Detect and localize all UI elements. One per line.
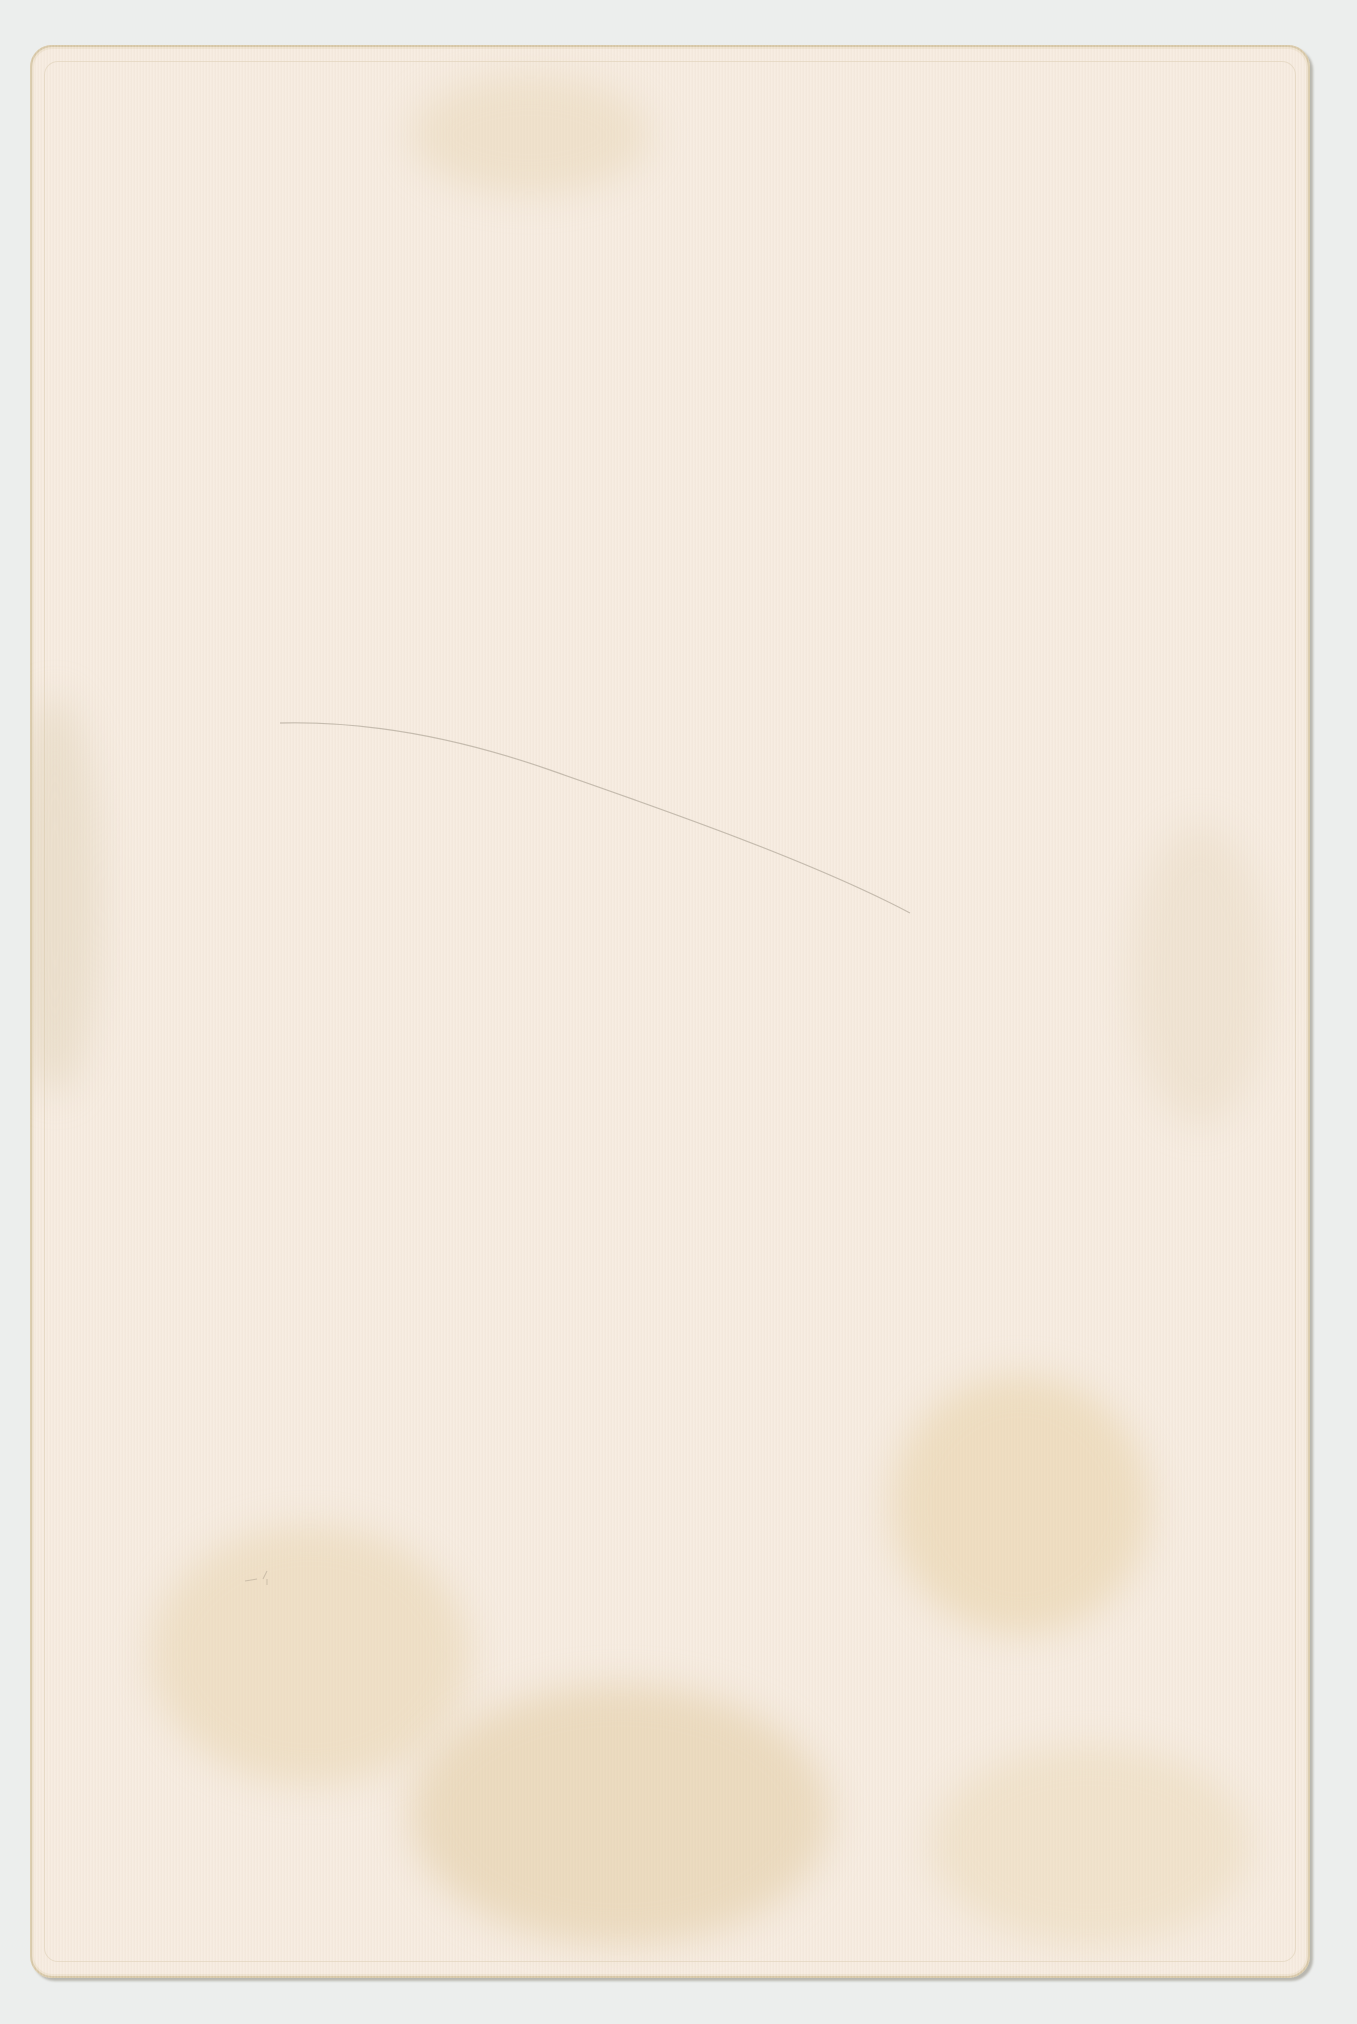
cabinet-card-back bbox=[30, 45, 1310, 1978]
card-inner-border bbox=[44, 61, 1296, 1962]
stain-bottom-right bbox=[930, 1745, 1250, 1945]
stain-mid-right bbox=[1130, 825, 1270, 1125]
surface-scratch bbox=[30, 45, 1310, 1978]
stain-bottom-center bbox=[410, 1685, 830, 1945]
stain-top bbox=[410, 75, 650, 195]
paper-texture bbox=[30, 45, 1310, 1978]
stain-right-large bbox=[890, 1375, 1150, 1635]
stain-bottom-left bbox=[150, 1525, 470, 1785]
stain-left-edge bbox=[30, 695, 100, 1095]
